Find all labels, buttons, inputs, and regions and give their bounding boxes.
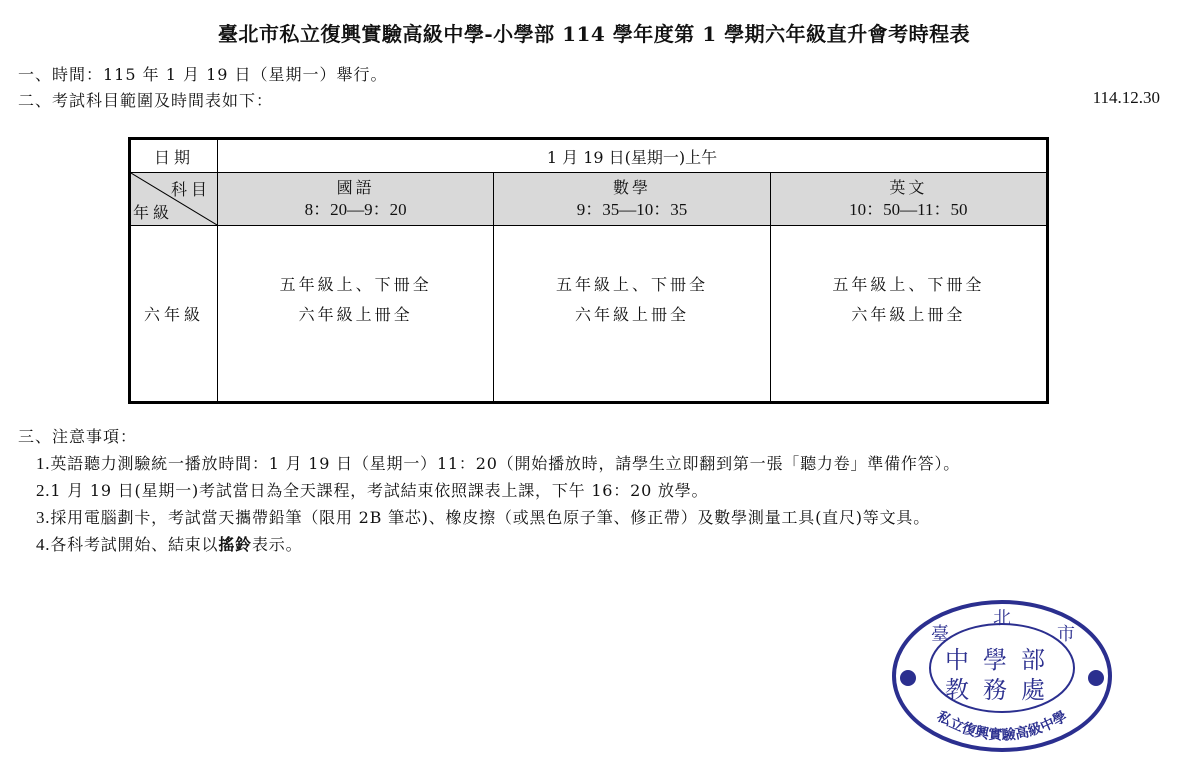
exam-scope-line: 二、考試科目範圍及時間表如下：	[18, 88, 273, 111]
table-row-grade6: 六年級 五年級上、下冊全 六年級上冊全 五年級上、下冊全 六年級上冊全 五年級上…	[130, 226, 1048, 403]
date-label-cell: 日期	[130, 139, 218, 173]
scope-cell-chinese: 五年級上、下冊全 六年級上冊全	[218, 226, 494, 403]
grade-axis-label: 年級	[133, 200, 173, 223]
note-number: 2.	[36, 481, 50, 500]
seal-center-line1: 中學部	[945, 646, 1059, 674]
note-item: 3.採用電腦劃卡，考試當天攜帶鉛筆（限用 2B 筆芯)、橡皮擦（或黑色原子筆、修…	[36, 504, 960, 531]
seal-bottom-text: 私立復興實驗高級中學	[934, 708, 1070, 744]
table-row-subjects: 科目 年級 國語 8：20—9：20 數學 9：35—10：35 英文 10：5…	[130, 173, 1048, 226]
subject-cell-math: 數學 9：35—10：35	[494, 173, 770, 226]
seal-top-char: 北	[993, 608, 1011, 629]
note-item: 1.英語聽力測驗統一播放時間：1 月 19 日（星期一）11：20（開始播放時，…	[36, 450, 960, 477]
subject-time: 8：20—9：20	[218, 199, 493, 221]
note-number: 1.	[36, 454, 50, 473]
seal-top-char: 市	[1057, 624, 1075, 645]
note-text: 各科考試開始、結束以	[50, 535, 218, 554]
scope-line: 五年級上、下冊全	[494, 270, 769, 300]
subject-name: 英文	[771, 177, 1046, 199]
subject-cell-english: 英文 10：50—11：50	[770, 173, 1047, 226]
notes-list: 1.英語聽力測驗統一播放時間：1 月 19 日（星期一）11：20（開始播放時，…	[36, 450, 960, 558]
subject-time: 9：35—10：35	[494, 199, 769, 221]
document-title: 臺北市私立復興實驗高級中學-小學部 114 學年度第 1 學期六年級直升會考時程…	[0, 18, 1188, 47]
scope-line: 六年級上冊全	[771, 300, 1046, 330]
notes-heading: 三、注意事項：	[18, 424, 137, 447]
note-item: 4.各科考試開始、結束以搖鈴表示。	[36, 531, 960, 558]
scope-line: 五年級上、下冊全	[771, 270, 1046, 300]
scope-line: 六年級上冊全	[494, 300, 769, 330]
scope-line: 六年級上冊全	[218, 300, 493, 330]
official-seal: 臺 北 市 中學部 教務處 私立復興實驗高級中學	[890, 598, 1115, 758]
note-number: 4.	[36, 535, 50, 554]
exam-time-line: 一、時間：115 年 1 月 19 日（星期一）舉行。	[18, 62, 388, 85]
date-value-cell: 1 月 19 日(星期一)上午	[218, 139, 1048, 173]
scope-cell-math: 五年級上、下冊全 六年級上冊全	[494, 226, 770, 403]
note-item: 2.1 月 19 日(星期一)考試當日為全天課程，考試結束依照課表上課，下午 1…	[36, 477, 960, 504]
subject-cell-chinese: 國語 8：20—9：20	[218, 173, 494, 226]
subject-name: 國語	[218, 177, 493, 199]
document-date: 114.12.30	[1093, 88, 1160, 108]
grade-label-cell: 六年級	[130, 226, 218, 403]
subject-axis-label: 科目	[171, 177, 211, 200]
note-text: 採用電腦劃卡，考試當天攜帶鉛筆（限用 2B 筆芯)、橡皮擦（或黑色原子筆、修正帶…	[50, 508, 930, 527]
subject-name: 數學	[494, 177, 769, 199]
diagonal-header-cell: 科目 年級	[130, 173, 218, 226]
note-number: 3.	[36, 508, 50, 527]
seal-center-line2: 教務處	[945, 676, 1059, 704]
exam-schedule-table: 日期 1 月 19 日(星期一)上午 科目 年級 國語 8：20—9：20 數學…	[128, 137, 1049, 404]
note-text: 英語聽力測驗統一播放時間：1 月 19 日（星期一）11：20（開始播放時，請學…	[50, 454, 960, 473]
seal-top-char: 臺	[931, 623, 949, 645]
seal-stamp-icon: 臺 北 市 中學部 教務處 私立復興實驗高級中學	[890, 598, 1115, 758]
note-text: 1 月 19 日(星期一)考試當日為全天課程，考試結束依照課表上課，下午 16：…	[50, 481, 708, 500]
note-text-emphasis: 搖鈴	[218, 535, 252, 554]
scope-cell-english: 五年級上、下冊全 六年級上冊全	[770, 226, 1047, 403]
note-text: 表示。	[252, 535, 302, 554]
diagonal-header: 科目 年級	[131, 173, 217, 225]
subject-time: 10：50—11：50	[771, 199, 1046, 221]
scope-line: 五年級上、下冊全	[218, 270, 493, 300]
table-row-date: 日期 1 月 19 日(星期一)上午	[130, 139, 1048, 173]
